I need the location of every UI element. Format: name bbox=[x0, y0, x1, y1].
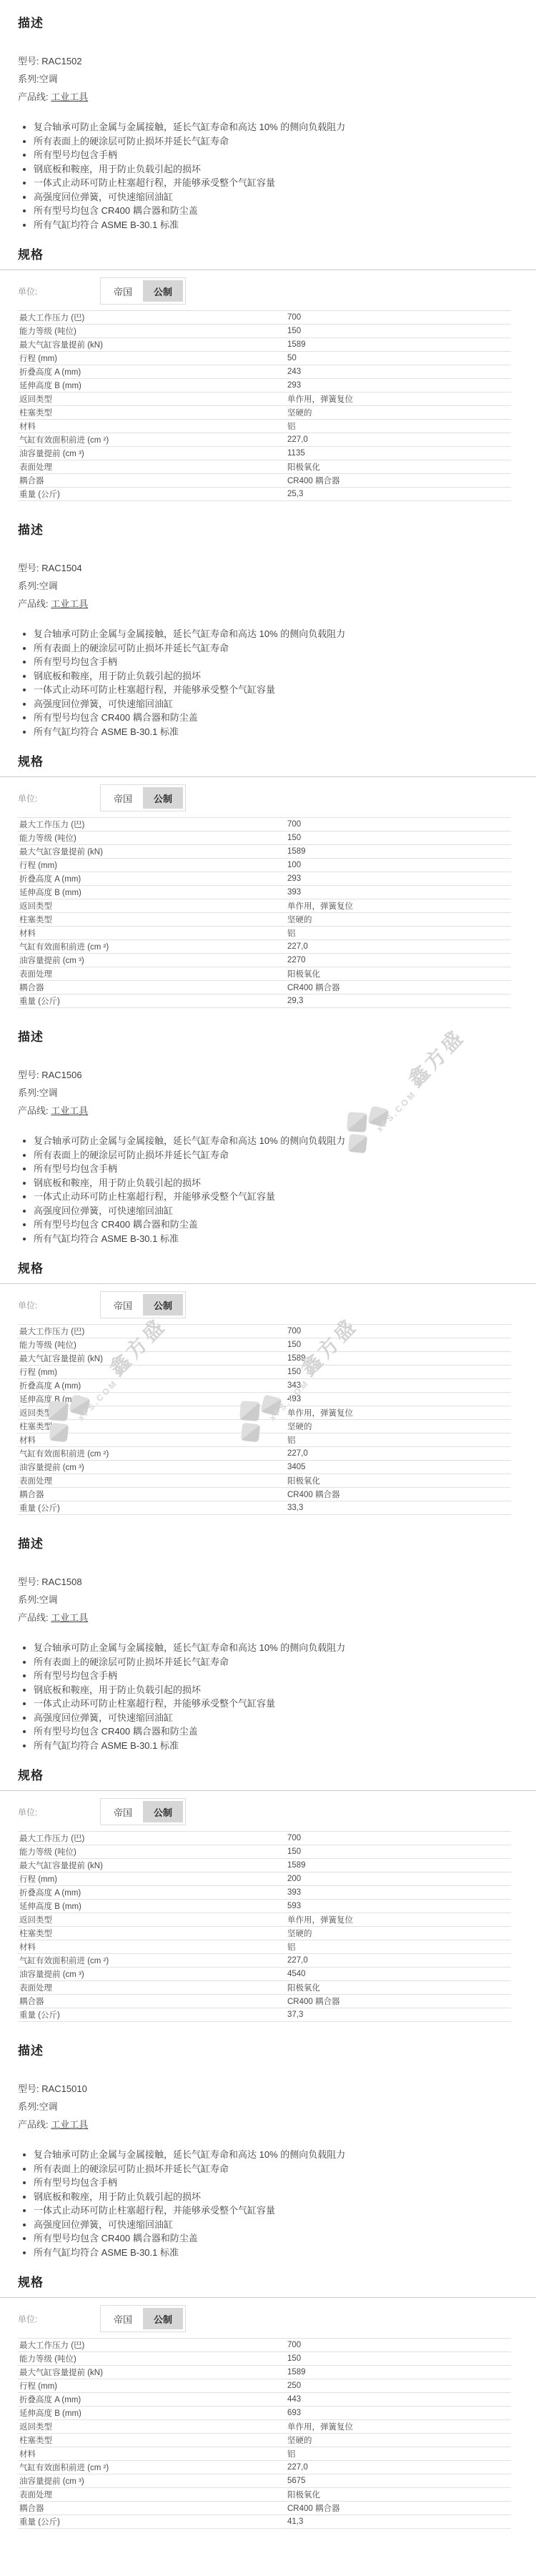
model-value: RAC1504 bbox=[41, 563, 81, 573]
feature-item: 高强度回位弹簧，可快速缩回油缸 bbox=[34, 1204, 536, 1218]
spec-label: 折叠高度 A (mm) bbox=[18, 1887, 287, 1898]
feature-item: 一体式止动环可防止柱塞超行程，并能够承受整个气缸容量 bbox=[34, 683, 536, 697]
spec-value: 200 bbox=[287, 1875, 511, 1883]
feature-list: 复合轴承可防止金属与金属接触，延长气缸寿命和高达 10% 的侧向负载阻力所有表面… bbox=[18, 1134, 536, 1245]
metric-unit-button[interactable]: 公制 bbox=[143, 1294, 183, 1316]
spec-value: 227,0 bbox=[287, 1956, 511, 1965]
spec-row: 材料铝 bbox=[18, 1940, 511, 1954]
model-line: 型号: RAC15010 bbox=[18, 2080, 536, 2098]
product-line: 产品线: 工业工具 bbox=[18, 1609, 536, 1627]
feature-item: 所有气缸均符合 ASME B-30.1 标准 bbox=[34, 2246, 536, 2260]
units-row: 单位: 帝国 公制 bbox=[18, 1291, 536, 1318]
spec-label: 材料 bbox=[18, 420, 287, 432]
feature-list: 复合轴承可防止金属与金属接触，延长气缸寿命和高达 10% 的侧向负载阻力所有表面… bbox=[18, 627, 536, 739]
feature-item: 复合轴承可防止金属与金属接触，延长气缸寿命和高达 10% 的侧向负载阻力 bbox=[34, 1641, 536, 1655]
series-label: 系列: bbox=[18, 2101, 39, 2112]
specs-heading: 规格 bbox=[18, 2272, 536, 2290]
series-value: 空调 bbox=[39, 581, 58, 591]
spec-table: 最大工作压力 (巴)700能力等级 (吨位)150最大气缸容量提前 (kN)15… bbox=[18, 310, 511, 501]
series-line: 系列:空调 bbox=[18, 1084, 536, 1102]
spec-row: 折叠高度 A (mm)293 bbox=[18, 872, 511, 886]
spec-value: 单作用，弹簧复位 bbox=[287, 393, 511, 405]
product-line-link[interactable]: 工业工具 bbox=[51, 2119, 88, 2130]
description-heading: 描述 bbox=[18, 1534, 536, 1551]
spec-label: 折叠高度 A (mm) bbox=[18, 366, 287, 377]
product-line: 产品线: 工业工具 bbox=[18, 2116, 536, 2133]
feature-item: 所有表面上的硬涂层可防止损坏并延长气缸寿命 bbox=[34, 134, 536, 149]
spec-value: 单作用，弹簧复位 bbox=[287, 2421, 511, 2432]
feature-item: 钢底板和鞍座，用于防止负载引起的损坏 bbox=[34, 1683, 536, 1697]
spec-label: 返回类型 bbox=[18, 1914, 287, 1925]
spec-label: 行程 (mm) bbox=[18, 352, 287, 364]
spec-row: 折叠高度 A (mm)393 bbox=[18, 1886, 511, 1900]
imperial-unit-button[interactable]: 帝国 bbox=[103, 787, 143, 809]
feature-item: 所有气缸均符合 ASME B-30.1 标准 bbox=[34, 1739, 536, 1753]
units-row: 单位: 帝国 公制 bbox=[18, 277, 536, 305]
feature-item: 所有型号均包含手柄 bbox=[34, 2176, 536, 2190]
metric-unit-button[interactable]: 公制 bbox=[143, 1801, 183, 1822]
spec-row: 返回类型单作用，弹簧复位 bbox=[18, 393, 511, 406]
feature-item: 所有表面上的硬涂层可防止损坏并延长气缸寿命 bbox=[34, 641, 536, 656]
spec-label: 返回类型 bbox=[18, 1407, 287, 1418]
spec-value: 443 bbox=[287, 2395, 511, 2404]
spec-label: 最大工作压力 (巴) bbox=[18, 312, 287, 323]
spec-label: 行程 (mm) bbox=[18, 1366, 287, 1378]
model-label: 型号: bbox=[18, 1576, 41, 1587]
description-heading: 描述 bbox=[18, 13, 536, 31]
spec-value: 5675 bbox=[287, 2477, 511, 2485]
units-row: 单位: 帝国 公制 bbox=[18, 2305, 536, 2332]
product-line-link[interactable]: 工业工具 bbox=[51, 598, 88, 609]
units-toggle: 帝国 公制 bbox=[100, 784, 186, 811]
feature-item: 高强度回位弹簧，可快速缩回油缸 bbox=[34, 2218, 536, 2232]
model-line: 型号: RAC1502 bbox=[18, 52, 536, 70]
spec-value: 坚硬的 bbox=[287, 1421, 511, 1432]
model-value: RAC15010 bbox=[41, 2083, 87, 2094]
feature-item: 一体式止动环可防止柱塞超行程，并能够承受整个气缸容量 bbox=[34, 1697, 536, 1711]
spec-row: 材料铝 bbox=[18, 1433, 511, 1447]
spec-value: 铝 bbox=[287, 1434, 511, 1446]
product-line-label: 产品线: bbox=[18, 1105, 51, 1116]
spec-value: 50 bbox=[287, 354, 511, 362]
spec-row: 行程 (mm)100 bbox=[18, 859, 511, 872]
series-line: 系列:空调 bbox=[18, 577, 536, 595]
product-section: 描述 型号: RAC1506 系列:空调 产品线: 工业工具 复合轴承可防止金属… bbox=[0, 1027, 536, 1515]
units-row: 单位: 帝国 公制 bbox=[18, 784, 536, 811]
spec-value: 37,3 bbox=[287, 2010, 511, 2019]
units-label: 单位: bbox=[18, 1806, 61, 1818]
feature-item: 钢底板和鞍座，用于防止负载引起的损坏 bbox=[34, 162, 536, 177]
spec-label: 最大工作压力 (巴) bbox=[18, 1326, 287, 1337]
units-label: 单位: bbox=[18, 285, 61, 297]
spec-label: 材料 bbox=[18, 927, 287, 939]
product-line: 产品线: 工业工具 bbox=[18, 88, 536, 106]
spec-row: 油容量提前 (cm ³)2270 bbox=[18, 954, 511, 967]
spec-label: 延伸高度 B (mm) bbox=[18, 1900, 287, 1912]
feature-list: 复合轴承可防止金属与金属接触，延长气缸寿命和高达 10% 的侧向负载阻力所有表面… bbox=[18, 1641, 536, 1752]
spec-label: 柱塞类型 bbox=[18, 914, 287, 925]
spec-label: 耦合器 bbox=[18, 475, 287, 486]
product-line-link[interactable]: 工业工具 bbox=[51, 1105, 88, 1116]
spec-row: 耦合器CR400 耦合器 bbox=[18, 1995, 511, 2008]
spec-label: 材料 bbox=[18, 1941, 287, 1953]
spec-label: 能力等级 (吨位) bbox=[18, 1339, 287, 1351]
spec-label: 耦合器 bbox=[18, 2502, 287, 2514]
spec-row: 能力等级 (吨位)150 bbox=[18, 2352, 511, 2366]
spec-label: 表面处理 bbox=[18, 2489, 287, 2500]
model-label: 型号: bbox=[18, 563, 41, 573]
specs-heading: 规格 bbox=[18, 245, 536, 262]
specs-heading: 规格 bbox=[18, 1765, 536, 1783]
units-toggle: 帝国 公制 bbox=[100, 1798, 186, 1825]
feature-item: 高强度回位弹簧，可快速缩回油缸 bbox=[34, 190, 536, 204]
spec-row: 柱塞类型坚硬的 bbox=[18, 2434, 511, 2447]
description-heading: 描述 bbox=[18, 520, 536, 538]
spec-label: 材料 bbox=[18, 1434, 287, 1446]
spec-label: 柱塞类型 bbox=[18, 1421, 287, 1432]
spec-value: 1589 bbox=[287, 1354, 511, 1363]
spec-value: 1135 bbox=[287, 449, 511, 458]
product-meta: 型号: RAC1502 系列:空调 产品线: 工业工具 bbox=[18, 52, 536, 106]
model-value: RAC1502 bbox=[41, 56, 81, 66]
divider bbox=[0, 2297, 536, 2298]
series-line: 系列:空调 bbox=[18, 1591, 536, 1609]
feature-item: 所有型号均包含 CR400 耦合器和防尘盖 bbox=[34, 1724, 536, 1739]
spec-value: 393 bbox=[287, 888, 511, 897]
spec-value: 铝 bbox=[287, 927, 511, 939]
spec-label: 最大气缸容量提前 (kN) bbox=[18, 2367, 287, 2378]
spec-value: 227,0 bbox=[287, 2463, 511, 2472]
spec-label: 重量 (公斤) bbox=[18, 995, 287, 1007]
spec-row: 最大气缸容量提前 (kN)1589 bbox=[18, 2366, 511, 2379]
divider bbox=[0, 1283, 536, 1284]
spec-row: 能力等级 (吨位)150 bbox=[18, 1338, 511, 1352]
spec-row: 表面处理阳极氧化 bbox=[18, 2488, 511, 2502]
spec-value: 阳极氧化 bbox=[287, 1982, 511, 1993]
spec-row: 最大气缸容量提前 (kN)1589 bbox=[18, 845, 511, 859]
spec-value: 33,3 bbox=[287, 1504, 511, 1512]
product-line-label: 产品线: bbox=[18, 1612, 51, 1623]
series-value: 空调 bbox=[39, 2101, 58, 2112]
spec-row: 表面处理阳极氧化 bbox=[18, 460, 511, 474]
spec-row: 油容量提前 (cm ³)5675 bbox=[18, 2474, 511, 2488]
spec-row: 耦合器CR400 耦合器 bbox=[18, 1488, 511, 1501]
metric-unit-button[interactable]: 公制 bbox=[143, 280, 183, 302]
spec-label: 气缸有效面积前进 (cm ²) bbox=[18, 941, 287, 952]
series-line: 系列:空调 bbox=[18, 2098, 536, 2116]
product-meta: 型号: RAC1508 系列:空调 产品线: 工业工具 bbox=[18, 1573, 536, 1627]
spec-row: 能力等级 (吨位)150 bbox=[18, 831, 511, 845]
spec-label: 行程 (mm) bbox=[18, 2380, 287, 2392]
spec-value: 阳极氧化 bbox=[287, 461, 511, 473]
spec-value: 150 bbox=[287, 1368, 511, 1376]
feature-item: 所有型号均包含 CR400 耦合器和防尘盖 bbox=[34, 711, 536, 725]
feature-item: 所有型号均包含 CR400 耦合器和防尘盖 bbox=[34, 204, 536, 218]
spec-value: 343 bbox=[287, 1381, 511, 1390]
spec-value: 1589 bbox=[287, 847, 511, 856]
feature-item: 所有表面上的硬涂层可防止损坏并延长气缸寿命 bbox=[34, 2162, 536, 2176]
spec-table: 最大工作压力 (巴)700能力等级 (吨位)150最大气缸容量提前 (kN)15… bbox=[18, 1324, 511, 1515]
spec-row: 返回类型单作用，弹簧复位 bbox=[18, 1913, 511, 1927]
spec-label: 表面处理 bbox=[18, 968, 287, 979]
spec-value: 单作用，弹簧复位 bbox=[287, 1407, 511, 1418]
spec-table: 最大工作压力 (巴)700能力等级 (吨位)150最大气缸容量提前 (kN)15… bbox=[18, 1831, 511, 2022]
spec-row: 重量 (公斤)33,3 bbox=[18, 1501, 511, 1515]
spec-value: 单作用，弹簧复位 bbox=[287, 900, 511, 912]
spec-row: 柱塞类型坚硬的 bbox=[18, 1927, 511, 1940]
spec-label: 返回类型 bbox=[18, 393, 287, 405]
spec-label: 能力等级 (吨位) bbox=[18, 832, 287, 844]
spec-row: 气缸有效面积前进 (cm ²)227,0 bbox=[18, 1954, 511, 1968]
spec-label: 油容量提前 (cm ³) bbox=[18, 448, 287, 459]
spec-label: 气缸有效面积前进 (cm ²) bbox=[18, 434, 287, 445]
product-section: 描述 型号: RAC1504 系列:空调 产品线: 工业工具 复合轴承可防止金属… bbox=[0, 520, 536, 1008]
feature-item: 复合轴承可防止金属与金属接触，延长气缸寿命和高达 10% 的侧向负载阻力 bbox=[34, 627, 536, 641]
model-label: 型号: bbox=[18, 1070, 41, 1080]
divider bbox=[0, 776, 536, 777]
feature-item: 一体式止动环可防止柱塞超行程，并能够承受整个气缸容量 bbox=[34, 1190, 536, 1204]
spec-label: 最大工作压力 (巴) bbox=[18, 2339, 287, 2351]
imperial-unit-button[interactable]: 帝国 bbox=[103, 1801, 143, 1822]
spec-row: 能力等级 (吨位)150 bbox=[18, 325, 511, 338]
spec-value: 700 bbox=[287, 313, 511, 322]
units-toggle: 帝国 公制 bbox=[100, 2305, 186, 2332]
spec-value: 700 bbox=[287, 1834, 511, 1842]
spec-row: 返回类型单作用，弹簧复位 bbox=[18, 2420, 511, 2434]
spec-value: 393 bbox=[287, 1888, 511, 1897]
feature-item: 所有型号均包含手柄 bbox=[34, 1162, 536, 1176]
spec-value: 227,0 bbox=[287, 1449, 511, 1458]
spec-row: 延伸高度 B (mm)493 bbox=[18, 1393, 511, 1406]
product-meta: 型号: RAC15010 系列:空调 产品线: 工业工具 bbox=[18, 2080, 536, 2133]
spec-label: 油容量提前 (cm ³) bbox=[18, 1968, 287, 1980]
spec-value: 2270 bbox=[287, 956, 511, 964]
spec-label: 柱塞类型 bbox=[18, 1928, 287, 1939]
feature-item: 所有型号均包含手柄 bbox=[34, 655, 536, 669]
feature-item: 所有表面上的硬涂层可防止损坏并延长气缸寿命 bbox=[34, 1148, 536, 1163]
spec-row: 油容量提前 (cm ³)1135 bbox=[18, 447, 511, 460]
spec-row: 重量 (公斤)25,3 bbox=[18, 488, 511, 501]
spec-value: 227,0 bbox=[287, 942, 511, 951]
feature-item: 所有气缸均符合 ASME B-30.1 标准 bbox=[34, 1232, 536, 1246]
spec-label: 能力等级 (吨位) bbox=[18, 1846, 287, 1857]
spec-row: 最大气缸容量提前 (kN)1589 bbox=[18, 1859, 511, 1872]
spec-value: 693 bbox=[287, 2409, 511, 2417]
spec-label: 延伸高度 B (mm) bbox=[18, 1393, 287, 1405]
spec-value: 单作用，弹簧复位 bbox=[287, 1914, 511, 1925]
spec-row: 行程 (mm)250 bbox=[18, 2379, 511, 2393]
spec-row: 气缸有效面积前进 (cm ²)227,0 bbox=[18, 1447, 511, 1461]
imperial-unit-button[interactable]: 帝国 bbox=[103, 1294, 143, 1316]
feature-item: 高强度回位弹簧，可快速缩回油缸 bbox=[34, 1711, 536, 1725]
spec-row: 最大工作压力 (巴)700 bbox=[18, 1325, 511, 1338]
spec-row: 最大工作压力 (巴)700 bbox=[18, 818, 511, 831]
feature-item: 所有型号均包含手柄 bbox=[34, 148, 536, 162]
description-heading: 描述 bbox=[18, 2040, 536, 2058]
spec-row: 气缸有效面积前进 (cm ²)227,0 bbox=[18, 433, 511, 447]
spec-label: 重量 (公斤) bbox=[18, 2516, 287, 2527]
feature-item: 钢底板和鞍座，用于防止负载引起的损坏 bbox=[34, 669, 536, 684]
feature-item: 钢底板和鞍座，用于防止负载引起的损坏 bbox=[34, 1176, 536, 1190]
feature-item: 一体式止动环可防止柱塞超行程，并能够承受整个气缸容量 bbox=[34, 176, 536, 190]
spec-value: 700 bbox=[287, 2341, 511, 2349]
spec-label: 油容量提前 (cm ³) bbox=[18, 954, 287, 966]
spec-table: 最大工作压力 (巴)700能力等级 (吨位)150最大气缸容量提前 (kN)15… bbox=[18, 817, 511, 1008]
product-section: 描述 型号: RAC1508 系列:空调 产品线: 工业工具 复合轴承可防止金属… bbox=[0, 1534, 536, 2022]
product-line-label: 产品线: bbox=[18, 92, 51, 102]
units-label: 单位: bbox=[18, 1299, 61, 1311]
product-meta: 型号: RAC1506 系列:空调 产品线: 工业工具 bbox=[18, 1066, 536, 1120]
spec-label: 气缸有效面积前进 (cm ²) bbox=[18, 1955, 287, 1966]
feature-item: 一体式止动环可防止柱塞超行程，并能够承受整个气缸容量 bbox=[34, 2204, 536, 2218]
specs-heading: 规格 bbox=[18, 751, 536, 769]
spec-value: CR400 耦合器 bbox=[287, 475, 511, 486]
feature-item: 所有型号均包含手柄 bbox=[34, 1669, 536, 1683]
spec-row: 耦合器CR400 耦合器 bbox=[18, 474, 511, 488]
series-value: 空调 bbox=[39, 74, 58, 84]
spec-value: 150 bbox=[287, 1341, 511, 1349]
spec-label: 返回类型 bbox=[18, 900, 287, 912]
spec-row: 油容量提前 (cm ³)3405 bbox=[18, 1461, 511, 1474]
product-line: 产品线: 工业工具 bbox=[18, 1102, 536, 1120]
units-toggle: 帝国 公制 bbox=[100, 277, 186, 305]
spec-row: 油容量提前 (cm ³)4540 bbox=[18, 1968, 511, 1981]
spec-label: 返回类型 bbox=[18, 2421, 287, 2432]
model-value: RAC1508 bbox=[41, 1576, 81, 1587]
spec-label: 重量 (公斤) bbox=[18, 1502, 287, 1514]
description-heading: 描述 bbox=[18, 1027, 536, 1045]
series-label: 系列: bbox=[18, 1594, 39, 1605]
spec-value: 243 bbox=[287, 367, 511, 376]
spec-value: 25,3 bbox=[287, 490, 511, 498]
spec-label: 表面处理 bbox=[18, 1982, 287, 1993]
spec-label: 耦合器 bbox=[18, 982, 287, 993]
spec-value: 铝 bbox=[287, 420, 511, 432]
spec-label: 最大气缸容量提前 (kN) bbox=[18, 339, 287, 350]
spec-row: 柱塞类型坚硬的 bbox=[18, 913, 511, 927]
product-line-link[interactable]: 工业工具 bbox=[51, 92, 88, 102]
spec-value: 150 bbox=[287, 327, 511, 335]
feature-item: 钢底板和鞍座，用于防止负载引起的损坏 bbox=[34, 2190, 536, 2204]
spec-label: 最大气缸容量提前 (kN) bbox=[18, 1353, 287, 1364]
spec-label: 气缸有效面积前进 (cm ²) bbox=[18, 2462, 287, 2473]
spec-label: 油容量提前 (cm ³) bbox=[18, 2475, 287, 2487]
model-line: 型号: RAC1504 bbox=[18, 559, 536, 577]
spec-value: 坚硬的 bbox=[287, 2434, 511, 2446]
spec-row: 折叠高度 A (mm)243 bbox=[18, 365, 511, 379]
product-section: 描述 型号: RAC1502 系列:空调 产品线: 工业工具 复合轴承可防止金属… bbox=[0, 13, 536, 501]
imperial-unit-button[interactable]: 帝国 bbox=[103, 280, 143, 302]
specs-heading: 规格 bbox=[18, 1258, 536, 1276]
spec-label: 延伸高度 B (mm) bbox=[18, 2407, 287, 2419]
spec-value: 700 bbox=[287, 820, 511, 829]
spec-row: 气缸有效面积前进 (cm ²)227,0 bbox=[18, 2461, 511, 2474]
spec-row: 延伸高度 B (mm)693 bbox=[18, 2407, 511, 2420]
spec-label: 折叠高度 A (mm) bbox=[18, 2394, 287, 2405]
spec-value: 100 bbox=[287, 861, 511, 869]
spec-row: 行程 (mm)200 bbox=[18, 1872, 511, 1886]
spec-value: 293 bbox=[287, 874, 511, 883]
product-line-link[interactable]: 工业工具 bbox=[51, 1612, 88, 1623]
spec-value: 41,3 bbox=[287, 2517, 511, 2526]
spec-value: 1589 bbox=[287, 1861, 511, 1870]
spec-row: 表面处理阳极氧化 bbox=[18, 967, 511, 981]
spec-value: 593 bbox=[287, 1902, 511, 1910]
units-toggle: 帝国 公制 bbox=[100, 1291, 186, 1318]
spec-value: 4540 bbox=[287, 1970, 511, 1978]
divider bbox=[0, 270, 536, 270]
spec-row: 柱塞类型坚硬的 bbox=[18, 406, 511, 420]
product-page: 描述 型号: RAC1502 系列:空调 产品线: 工业工具 复合轴承可防止金属… bbox=[0, 0, 536, 2576]
spec-label: 材料 bbox=[18, 2448, 287, 2459]
spec-row: 重量 (公斤)37,3 bbox=[18, 2008, 511, 2022]
divider bbox=[0, 1790, 536, 1791]
feature-item: 所有型号均包含 CR400 耦合器和防尘盖 bbox=[34, 2231, 536, 2246]
feature-list: 复合轴承可防止金属与金属接触，延长气缸寿命和高达 10% 的侧向负载阻力所有表面… bbox=[18, 2148, 536, 2259]
spec-label: 表面处理 bbox=[18, 1475, 287, 1486]
imperial-unit-button[interactable]: 帝国 bbox=[103, 2308, 143, 2329]
spec-label: 折叠高度 A (mm) bbox=[18, 873, 287, 884]
series-label: 系列: bbox=[18, 1087, 39, 1098]
product-section: 描述 型号: RAC15010 系列:空调 产品线: 工业工具 复合轴承可防止金… bbox=[0, 2040, 536, 2529]
metric-unit-button[interactable]: 公制 bbox=[143, 787, 183, 809]
spec-row: 耦合器CR400 耦合器 bbox=[18, 981, 511, 995]
spec-row: 返回类型单作用，弹簧复位 bbox=[18, 899, 511, 913]
spec-value: CR400 耦合器 bbox=[287, 2502, 511, 2514]
spec-row: 耦合器CR400 耦合器 bbox=[18, 2502, 511, 2515]
spec-row: 表面处理阳极氧化 bbox=[18, 1981, 511, 1995]
spec-value: 坚硬的 bbox=[287, 914, 511, 925]
spec-row: 延伸高度 B (mm)593 bbox=[18, 1900, 511, 1913]
spec-value: 坚硬的 bbox=[287, 407, 511, 418]
spec-value: 493 bbox=[287, 1395, 511, 1403]
spec-label: 表面处理 bbox=[18, 461, 287, 473]
spec-row: 气缸有效面积前进 (cm ²)227,0 bbox=[18, 940, 511, 954]
spec-value: CR400 耦合器 bbox=[287, 1995, 511, 2007]
feature-item: 高强度回位弹簧，可快速缩回油缸 bbox=[34, 697, 536, 711]
spec-row: 延伸高度 B (mm)393 bbox=[18, 886, 511, 899]
spec-label: 最大工作压力 (巴) bbox=[18, 1832, 287, 1844]
product-line: 产品线: 工业工具 bbox=[18, 595, 536, 613]
spec-label: 行程 (mm) bbox=[18, 859, 287, 871]
spec-label: 延伸高度 B (mm) bbox=[18, 887, 287, 898]
spec-value: 阳极氧化 bbox=[287, 968, 511, 979]
spec-row: 折叠高度 A (mm)443 bbox=[18, 2393, 511, 2407]
spec-row: 最大工作压力 (巴)700 bbox=[18, 1832, 511, 1845]
feature-item: 所有气缸均符合 ASME B-30.1 标准 bbox=[34, 725, 536, 739]
product-line-label: 产品线: bbox=[18, 598, 51, 609]
series-label: 系列: bbox=[18, 581, 39, 591]
spec-label: 能力等级 (吨位) bbox=[18, 325, 287, 337]
spec-row: 表面处理阳极氧化 bbox=[18, 1474, 511, 1488]
metric-unit-button[interactable]: 公制 bbox=[143, 2308, 183, 2329]
spec-label: 耦合器 bbox=[18, 1995, 287, 2007]
spec-value: 700 bbox=[287, 1327, 511, 1336]
series-value: 空调 bbox=[39, 1087, 58, 1098]
spec-row: 折叠高度 A (mm)343 bbox=[18, 1379, 511, 1393]
series-line: 系列:空调 bbox=[18, 70, 536, 88]
spec-value: 1589 bbox=[287, 340, 511, 349]
spec-label: 行程 (mm) bbox=[18, 1873, 287, 1885]
spec-label: 折叠高度 A (mm) bbox=[18, 1380, 287, 1391]
spec-label: 最大气缸容量提前 (kN) bbox=[18, 846, 287, 857]
spec-value: 铝 bbox=[287, 2448, 511, 2459]
model-label: 型号: bbox=[18, 2083, 41, 2094]
product-line-label: 产品线: bbox=[18, 2119, 51, 2130]
model-line: 型号: RAC1506 bbox=[18, 1066, 536, 1084]
spec-label: 柱塞类型 bbox=[18, 407, 287, 418]
spec-row: 延伸高度 B (mm)293 bbox=[18, 379, 511, 393]
